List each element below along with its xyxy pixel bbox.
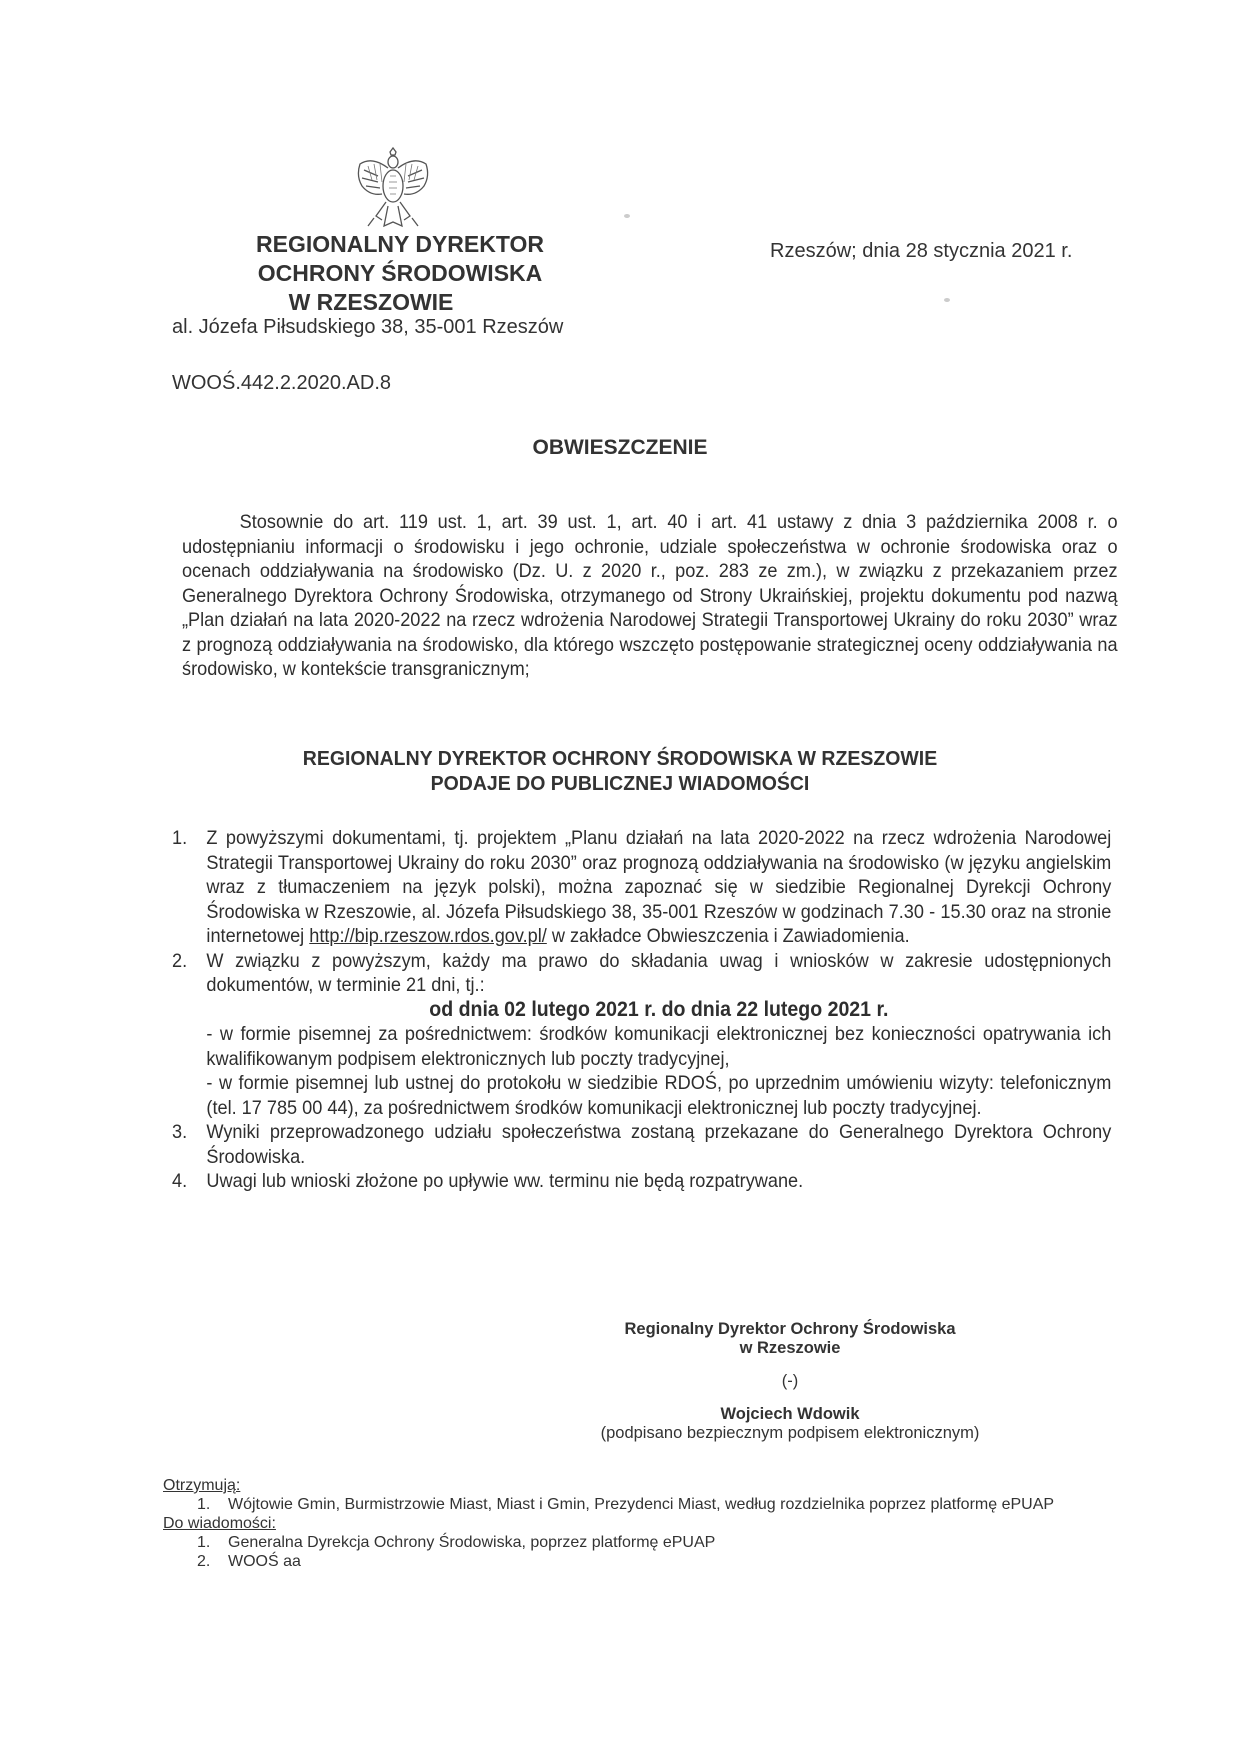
point-2: 2. W związku z powyższym, każdy ma prawo… xyxy=(172,949,1111,1121)
signature-block: Regionalny Dyrektor Ochrony Środowiska w… xyxy=(560,1320,1020,1443)
recipient-item: 1. Wójtowie Gmin, Burmistrzowie Miast, M… xyxy=(163,1495,1123,1514)
signatory-name: Wojciech Wdowik xyxy=(560,1405,1020,1424)
item-text: Wójtowie Gmin, Burmistrzowie Miast, Mias… xyxy=(228,1495,1123,1514)
office-line-1: REGIONALNY DYREKTOR xyxy=(160,230,640,259)
submission-form-1: - w formie pisemnej za pośrednictwem: śr… xyxy=(206,1022,1111,1071)
cc-header: Do wiadomości: xyxy=(163,1514,1123,1533)
point-text: W związku z powyższym, każdy ma prawo do… xyxy=(206,949,1111,1121)
item-number: 1. xyxy=(197,1495,228,1514)
signature-note: (podpisano bezpiecznym podpisem elektron… xyxy=(560,1424,1020,1443)
scan-speck xyxy=(624,214,630,218)
point-1-text-end: w zakładce Obwieszczenia i Zawiadomienia… xyxy=(547,925,910,947)
point-text: Uwagi lub wnioski złożone po upływie ww.… xyxy=(206,1169,1111,1194)
place-date: Rzeszów; dnia 28 stycznia 2021 r. xyxy=(770,240,1072,263)
announcement-line-1: REGIONALNY DYREKTOR OCHRONY ŚRODOWISKA W… xyxy=(31,746,1209,771)
office-line-2: OCHRONY ŚRODOWISKA xyxy=(160,259,640,288)
item-text: WOOŚ aa xyxy=(228,1552,1123,1571)
bip-website-link[interactable]: http://bip.rzeszow.rdos.gov.pl/ xyxy=(309,925,547,947)
item-text: Generalna Dyrekcja Ochrony Środowiska, p… xyxy=(228,1533,1123,1552)
signatory-title-2: w Rzeszowie xyxy=(560,1339,1020,1358)
point-2-text: W związku z powyższym, każdy ma prawo do… xyxy=(206,950,1111,997)
scan-speck xyxy=(944,298,950,302)
cc-item: 1. Generalna Dyrekcja Ochrony Środowiska… xyxy=(163,1533,1123,1552)
numbered-points: 1. Z powyższymi dokumentami, tj. projekt… xyxy=(172,826,1111,1194)
office-line-3: W RZESZOWIE xyxy=(160,288,640,317)
document-title: OBWIESZCZENIE xyxy=(0,436,1240,460)
intro-paragraph: Stosownie do art. 119 ust. 1, art. 39 us… xyxy=(182,510,1118,682)
announcement-line-2: PODAJE DO PUBLICZNEJ WIADOMOŚCI xyxy=(31,771,1209,796)
cc-item: 2. WOOŚ aa xyxy=(163,1552,1123,1571)
announcement-heading: REGIONALNY DYREKTOR OCHRONY ŚRODOWISKA W… xyxy=(31,746,1209,796)
point-1: 1. Z powyższymi dokumentami, tj. projekt… xyxy=(172,826,1111,949)
point-3: 3. Wyniki przeprowadzonego udziału społe… xyxy=(172,1120,1111,1169)
item-number: 1. xyxy=(197,1533,228,1552)
recipients-header: Otrzymują: xyxy=(163,1476,1123,1495)
point-number: 2. xyxy=(172,949,206,1121)
point-number: 4. xyxy=(172,1169,206,1194)
point-text: Wyniki przeprowadzonego udziału społecze… xyxy=(206,1120,1111,1169)
point-number: 3. xyxy=(172,1120,206,1169)
point-4: 4. Uwagi lub wnioski złożone po upływie … xyxy=(172,1169,1111,1194)
comment-period: od dnia 02 lutego 2021 r. do dnia 22 lut… xyxy=(206,998,1111,1023)
point-text: Z powyższymi dokumentami, tj. projektem … xyxy=(206,826,1111,949)
submission-form-2: - w formie pisemnej lub ustnej do protok… xyxy=(206,1071,1111,1120)
polish-eagle-emblem-icon xyxy=(352,146,434,236)
point-number: 1. xyxy=(172,826,206,949)
item-number: 2. xyxy=(197,1552,228,1571)
distribution-list: Otrzymują: 1. Wójtowie Gmin, Burmistrzow… xyxy=(163,1476,1123,1571)
signatory-title-1: Regionalny Dyrektor Ochrony Środowiska xyxy=(560,1320,1020,1339)
signature-mark: (-) xyxy=(560,1372,1020,1391)
office-address: al. Józefa Piłsudskiego 38, 35-001 Rzesz… xyxy=(172,316,563,339)
issuing-office: REGIONALNY DYREKTOR OCHRONY ŚRODOWISKA W… xyxy=(160,230,640,317)
reference-number: WOOŚ.442.2.2020.AD.8 xyxy=(172,372,391,395)
